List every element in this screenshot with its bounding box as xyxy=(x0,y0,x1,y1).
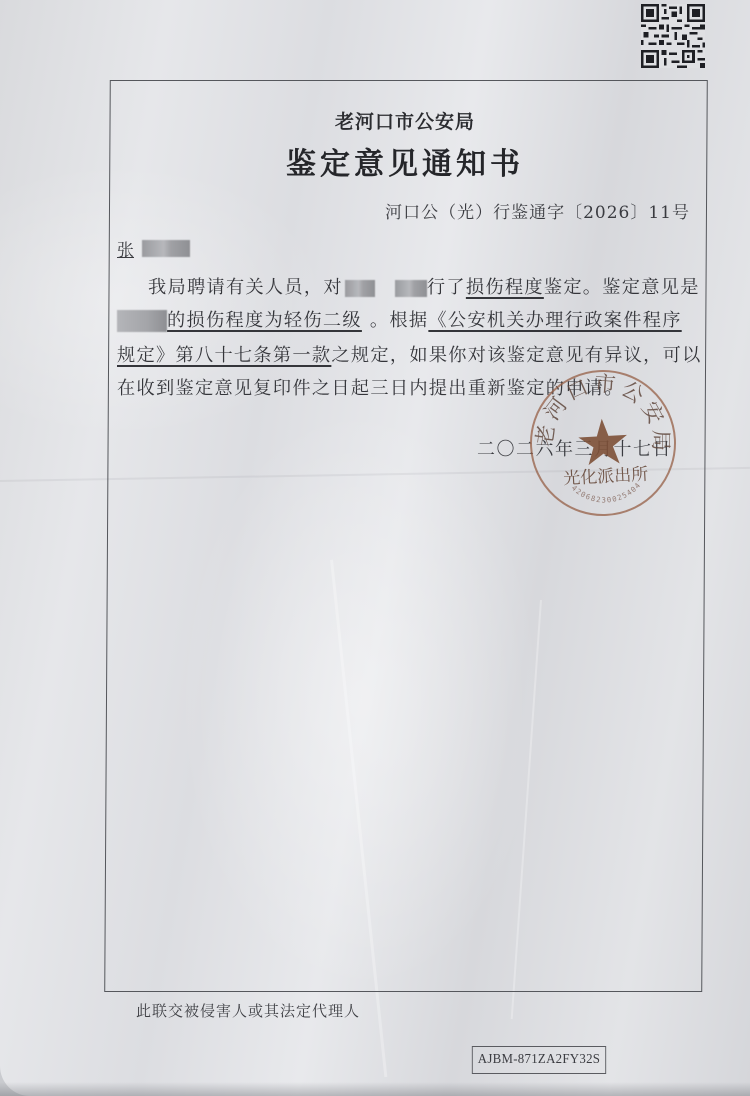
appraisal-conclusion: 的损伤程度为轻伤二级 xyxy=(167,310,362,331)
issuing-authority: 老河口市公安局 xyxy=(0,107,750,134)
body-text-segment: 我局聘请有关人员，对 xyxy=(148,277,343,298)
regulation-reference: 《公安机关办理行政案件程序 xyxy=(428,310,681,331)
subject-name-redaction xyxy=(345,280,375,297)
seal-inner-text: 光化派出所 xyxy=(555,459,656,489)
recipient-name-redaction xyxy=(142,240,190,257)
table-surface-edge xyxy=(0,1082,750,1096)
recipient-name-visible: 张 xyxy=(117,236,134,261)
body-line-3: 规定》第八十七条第一款之规定，如果你对该鉴定意见有异议，可以 xyxy=(117,341,689,367)
regulation-article: 规定》第八十七条第一款 xyxy=(117,345,331,366)
subject-name-redaction xyxy=(395,280,427,297)
injury-degree-term: 损伤程度 xyxy=(466,277,544,298)
document-number: 河口公（光）行鉴通字〔2026〕11号 xyxy=(385,198,690,223)
copy-recipient-note: 此联交被侵害人或其法定代理人 xyxy=(136,1000,360,1021)
official-seal: 老河口市公安局 42068230025404 光化派出所 xyxy=(526,366,679,519)
document-title: 鉴定意见通知书 xyxy=(0,139,750,183)
recipient-line: 张 xyxy=(117,236,190,261)
qr-code-icon xyxy=(640,4,706,68)
star-icon xyxy=(577,417,628,465)
body-line-2: 的损伤程度为轻伤二级。根据《公安机关办理行政案件程序 xyxy=(117,306,689,332)
body-text-segment: 行了 xyxy=(427,277,466,298)
body-line-1: 我局聘请有关人员，对行了损伤程度鉴定。鉴定意见是 xyxy=(148,273,720,299)
body-text-segment: 鉴定。鉴定意见是 xyxy=(544,277,700,298)
subject-name-redaction xyxy=(117,310,167,332)
body-text-segment: 之规定，如果你对该鉴定意见有异议，可以 xyxy=(331,345,701,366)
body-text-segment: 。根据 xyxy=(370,310,428,331)
case-code-box: AJBM-871ZA2FY32S xyxy=(472,1046,606,1074)
